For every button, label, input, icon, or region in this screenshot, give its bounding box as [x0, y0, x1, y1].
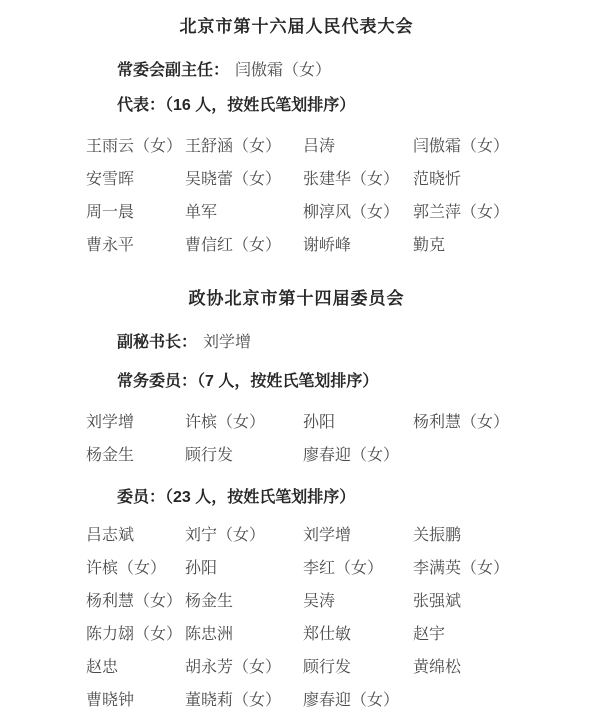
member-name: 陈忠洲 — [185, 618, 303, 651]
member-name: 吴晓蕾（女） — [185, 163, 303, 196]
npc-section-title: 北京市第十六届人民代表大会 — [0, 0, 593, 38]
member-name: 闫傲霜（女） — [413, 130, 593, 163]
member-name: 李红（女） — [303, 552, 413, 585]
member-name: 谢峤峰 — [303, 229, 413, 262]
member-name: 胡永芳（女） — [185, 651, 303, 684]
member-name: 王雨云（女） — [86, 130, 185, 163]
deputy-sg-value: 刘学增 — [203, 334, 251, 351]
delegates-heading: 代表：（16 人，按姓氏笔划排序） — [0, 95, 593, 116]
member-name: 顾行发 — [303, 651, 413, 684]
member-name: 郑仕敏 — [303, 618, 413, 651]
member-name: 关振鹏 — [413, 519, 593, 552]
member-name: 勤克 — [413, 229, 593, 262]
vice-chair-label: 常委会副主任： — [117, 62, 229, 79]
vice-chair-value: 闫傲霜（女） — [235, 62, 331, 79]
member-name: 刘学增 — [86, 406, 185, 439]
members-heading: 委员：（23 人，按姓氏笔划排序） — [0, 487, 593, 508]
member-name: 郭兰萍（女） — [413, 196, 593, 229]
member-name: 廖春迎（女） — [303, 439, 413, 472]
member-name: 曹永平 — [86, 229, 185, 262]
member-name: 赵忠 — [86, 651, 185, 684]
member-name: 赵宇 — [413, 618, 593, 651]
member-name: 廖春迎（女） — [303, 684, 413, 716]
member-name: 杨利慧（女） — [86, 585, 185, 618]
members-grid: 吕志斌刘宁（女）刘学增关振鹏许槟（女）孙阳李红（女）李满英（女）杨利慧（女）杨金… — [0, 519, 593, 716]
member-name: 周一晨 — [86, 196, 185, 229]
deputy-sg-line: 副秘书长：刘学增 — [0, 332, 593, 353]
document-page: 北京市第十六届人民代表大会 常委会副主任：闫傲霜（女） 代表：（16 人，按姓氏… — [0, 0, 593, 716]
member-name: 柳淳风（女） — [303, 196, 413, 229]
standing-members-heading: 常务委员：（7 人，按姓氏笔划排序） — [0, 371, 593, 392]
member-name: 李满英（女） — [413, 552, 593, 585]
deputy-sg-label: 副秘书长： — [117, 334, 197, 351]
member-name: 董晓莉（女） — [185, 684, 303, 716]
member-name: 吴涛 — [303, 585, 413, 618]
member-name: 孙阳 — [303, 406, 413, 439]
member-name: 曹晓钟 — [86, 684, 185, 716]
member-name: 张强斌 — [413, 585, 593, 618]
member-name: 单军 — [185, 196, 303, 229]
member-name: 许槟（女） — [86, 552, 185, 585]
member-name: 范晓忻 — [413, 163, 593, 196]
member-name: 安雪晖 — [86, 163, 185, 196]
member-name: 王舒涵（女） — [185, 130, 303, 163]
member-name: 刘学增 — [303, 519, 413, 552]
cppcc-section: 政协北京市第十四届委员会 副秘书长：刘学增 常务委员：（7 人，按姓氏笔划排序）… — [0, 288, 593, 716]
member-name: 杨利慧（女） — [413, 406, 593, 439]
vice-chair-line: 常委会副主任：闫傲霜（女） — [0, 60, 593, 81]
npc-section: 北京市第十六届人民代表大会 常委会副主任：闫傲霜（女） 代表：（16 人，按姓氏… — [0, 0, 593, 262]
member-name: 孙阳 — [185, 552, 303, 585]
member-name: 刘宁（女） — [185, 519, 303, 552]
member-name: 张建华（女） — [303, 163, 413, 196]
member-name: 陈力翃（女） — [86, 618, 185, 651]
member-name: 许槟（女） — [185, 406, 303, 439]
member-name: 杨金生 — [86, 439, 185, 472]
member-name: 吕涛 — [303, 130, 413, 163]
cppcc-section-title: 政协北京市第十四届委员会 — [0, 288, 593, 310]
member-name: 黄绵松 — [413, 651, 593, 684]
member-name: 杨金生 — [185, 585, 303, 618]
member-name: 曹信红（女） — [185, 229, 303, 262]
delegates-grid: 王雨云（女）王舒涵（女）吕涛闫傲霜（女）安雪晖吴晓蕾（女）张建华（女）范晓忻周一… — [0, 130, 593, 262]
standing-members-grid: 刘学增许槟（女）孙阳杨利慧（女）杨金生顾行发廖春迎（女） — [0, 406, 593, 472]
member-name: 吕志斌 — [86, 519, 185, 552]
member-name: 顾行发 — [185, 439, 303, 472]
